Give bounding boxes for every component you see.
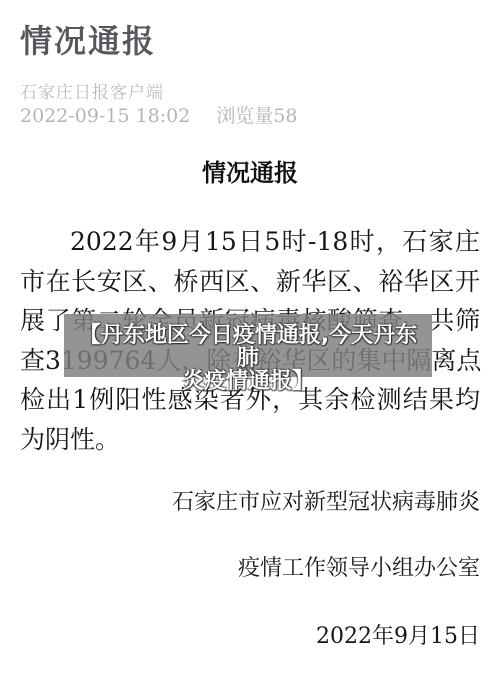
article-page-container: 情况通报 石家庄日报客户端 2022-09-15 18:02浏览量58 情况通报… <box>0 0 500 690</box>
signature-date: 2022年9月15日 <box>20 623 480 651</box>
watermark-line-1: 【丹东地区今日疫情通报,今天丹东肺 <box>70 324 426 370</box>
publish-datetime: 2022-09-15 18:02 <box>20 105 190 127</box>
article-title: 情况通报 <box>20 159 480 187</box>
signature-office-line-2: 疫情工作领导小组办公室 <box>20 555 480 583</box>
paragraph-line: 2022年9月15日5时-18时，石家庄 <box>20 222 480 262</box>
signature-office-line-1: 石家庄市应对新型冠状病毒肺炎 <box>20 489 480 517</box>
watermark-line-2: 炎疫情通报】 <box>70 370 426 393</box>
article-page: { "header": { "page_title": "情况通报", "sou… <box>0 0 500 690</box>
views-count: 浏览量58 <box>216 105 297 127</box>
publish-meta-line: 2022-09-15 18:02浏览量58 <box>20 106 480 127</box>
paragraph-line: 市在长安区、桥西区、新华区、裕华区开 <box>20 262 480 302</box>
paragraph-line: 为阴性。 <box>20 420 480 460</box>
source-name: 石家庄日报客户端 <box>20 83 480 103</box>
page-title: 情况通报 <box>20 0 480 60</box>
seo-watermark-banner: 【丹东地区今日疫情通报,今天丹东肺 炎疫情通报】 <box>64 314 432 377</box>
